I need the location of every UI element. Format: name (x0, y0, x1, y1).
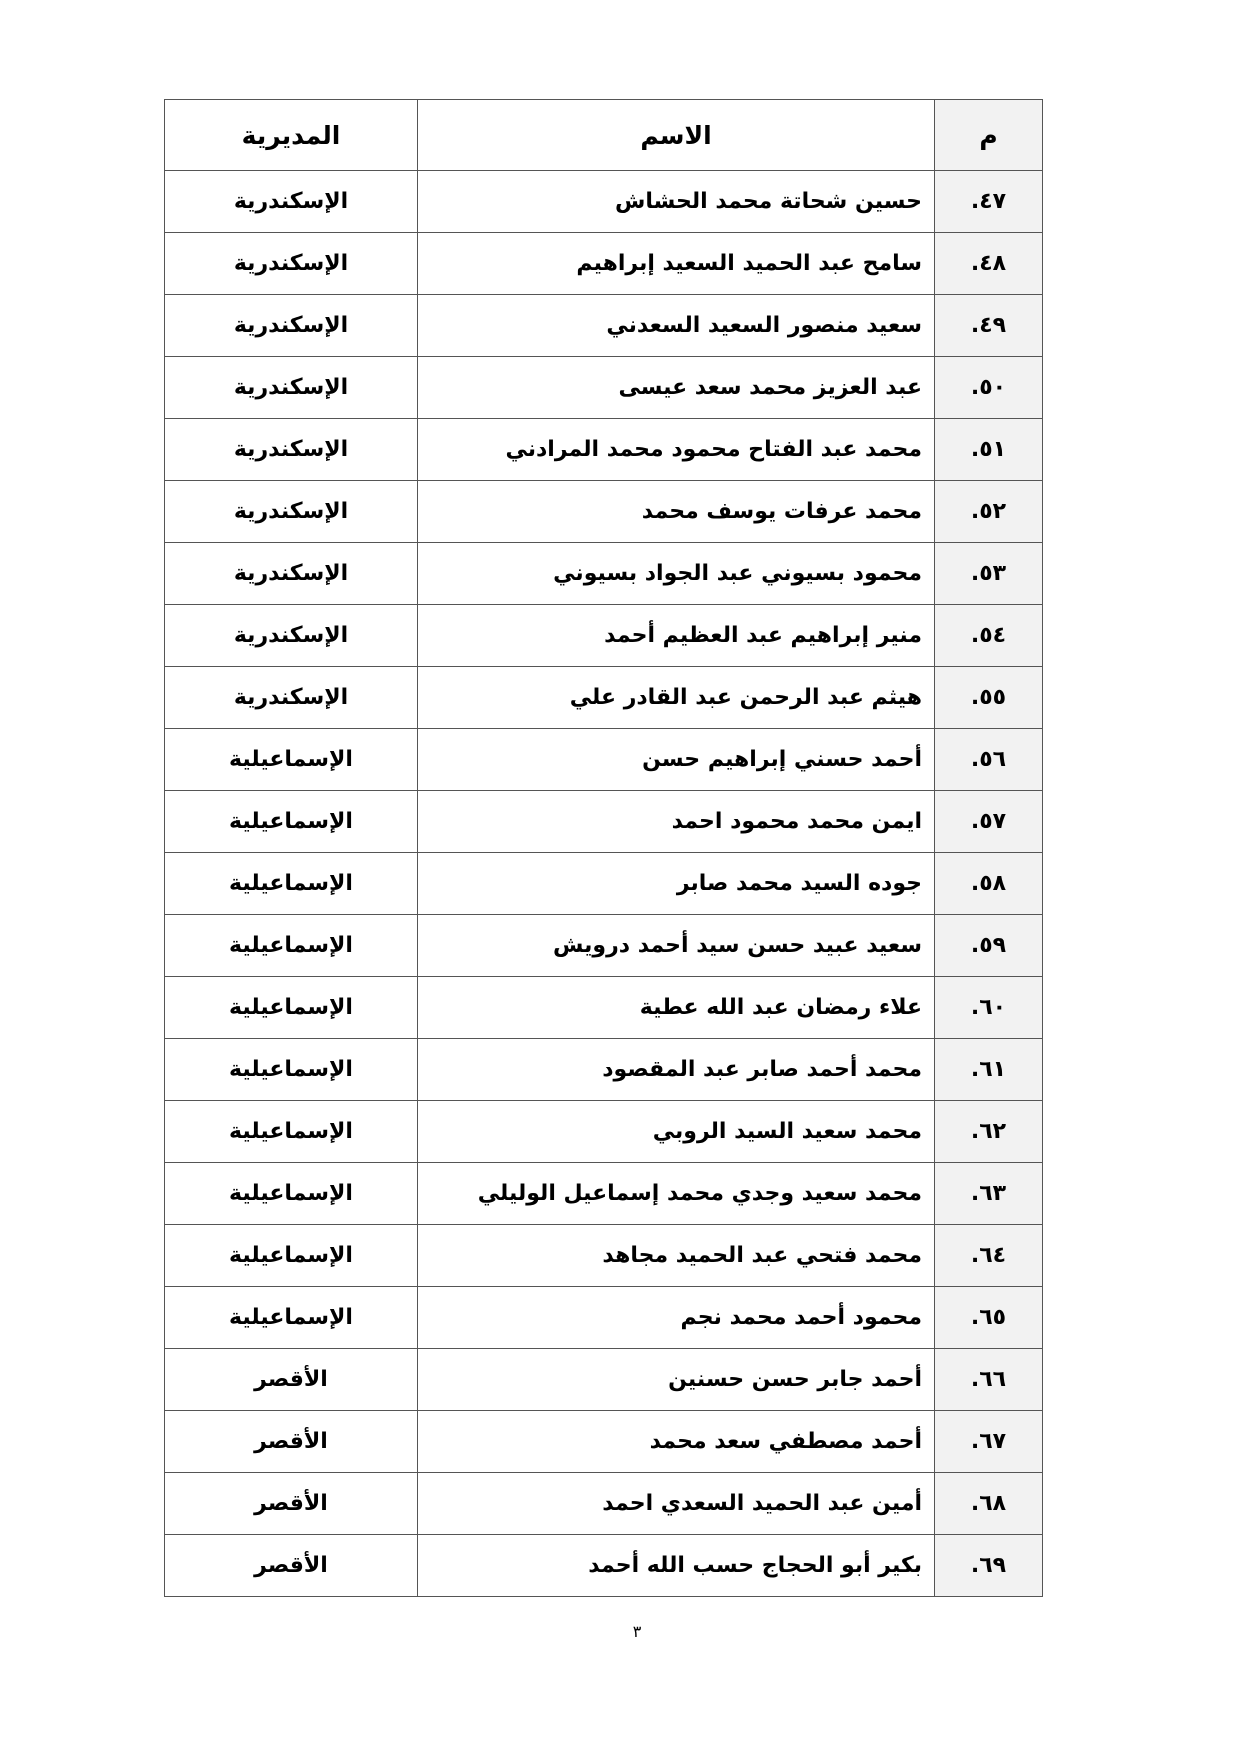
row-number: ٤٩. (935, 295, 1043, 357)
row-name: محمد أحمد صابر عبد المقصود (418, 1039, 935, 1101)
table-row: ٦٩.بكير أبو الحجاج حسب الله أحمدالأقصر (165, 1535, 1043, 1597)
row-number: ٦٢. (935, 1101, 1043, 1163)
row-name: منير إبراهيم عبد العظيم أحمد (418, 605, 935, 667)
row-name: بكير أبو الحجاج حسب الله أحمد (418, 1535, 935, 1597)
table-row: ٦٠.علاء رمضان عبد الله عطيةالإسماعيلية (165, 977, 1043, 1039)
row-name: هيثم عبد الرحمن عبد القادر علي (418, 667, 935, 729)
table-row: ٦١.محمد أحمد صابر عبد المقصودالإسماعيلية (165, 1039, 1043, 1101)
row-name: محمود بسيوني عبد الجواد بسيوني (418, 543, 935, 605)
table-row: ٥٠.عبد العزيز محمد سعد عيسىالإسكندرية (165, 357, 1043, 419)
row-name: أحمد حسني إبراهيم حسن (418, 729, 935, 791)
table-row: ٦٨.أمين عبد الحميد السعدي احمدالأقصر (165, 1473, 1043, 1535)
row-number: ٥٩. (935, 915, 1043, 977)
row-directorate: الإسماعيلية (165, 1163, 418, 1225)
header-number: م (935, 100, 1043, 171)
row-directorate: الإسكندرية (165, 605, 418, 667)
row-number: ٤٨. (935, 233, 1043, 295)
row-directorate: الأقصر (165, 1349, 418, 1411)
row-directorate: الإسكندرية (165, 233, 418, 295)
row-directorate: الإسماعيلية (165, 977, 418, 1039)
row-directorate: الأقصر (165, 1411, 418, 1473)
row-name: محمد فتحي عبد الحميد مجاهد (418, 1225, 935, 1287)
row-name: أمين عبد الحميد السعدي احمد (418, 1473, 935, 1535)
row-number: ٥٥. (935, 667, 1043, 729)
table-row: ٦٣.محمد سعيد وجدي محمد إسماعيل الوليليال… (165, 1163, 1043, 1225)
row-directorate: الإسكندرية (165, 357, 418, 419)
table-row: ٥٥.هيثم عبد الرحمن عبد القادر عليالإسكند… (165, 667, 1043, 729)
row-number: ٦٧. (935, 1411, 1043, 1473)
table-header-row: م الاسم المديرية (165, 100, 1043, 171)
table-body: ٤٧.حسين شحاتة محمد الحشاشالإسكندرية٤٨.سا… (165, 171, 1043, 1597)
row-directorate: الإسكندرية (165, 171, 418, 233)
row-number: ٤٧. (935, 171, 1043, 233)
row-number: ٥٢. (935, 481, 1043, 543)
row-directorate: الإسماعيلية (165, 853, 418, 915)
table-row: ٥٨.جوده السيد محمد صابرالإسماعيلية (165, 853, 1043, 915)
row-directorate: الإسماعيلية (165, 791, 418, 853)
row-name: أحمد مصطفي سعد محمد (418, 1411, 935, 1473)
row-directorate: الإسماعيلية (165, 1039, 418, 1101)
table-row: ٦٦.أحمد جابر حسن حسنينالأقصر (165, 1349, 1043, 1411)
row-number: ٦٨. (935, 1473, 1043, 1535)
names-table: م الاسم المديرية ٤٧.حسين شحاتة محمد الحش… (164, 99, 1043, 1597)
row-name: علاء رمضان عبد الله عطية (418, 977, 935, 1039)
table-row: ٥٤.منير إبراهيم عبد العظيم أحمدالإسكندري… (165, 605, 1043, 667)
row-number: ٥٣. (935, 543, 1043, 605)
row-name: محمود أحمد محمد نجم (418, 1287, 935, 1349)
row-number: ٦٠. (935, 977, 1043, 1039)
row-name: سعيد منصور السعيد السعدني (418, 295, 935, 357)
table-row: ٥٢.محمد عرفات يوسف محمدالإسكندرية (165, 481, 1043, 543)
row-name: محمد عرفات يوسف محمد (418, 481, 935, 543)
header-directorate: المديرية (165, 100, 418, 171)
row-name: سامح عبد الحميد السعيد إبراهيم (418, 233, 935, 295)
row-name: محمد سعيد وجدي محمد إسماعيل الوليلي (418, 1163, 935, 1225)
table-row: ٥٩.سعيد عبيد حسن سيد أحمد درويشالإسماعيل… (165, 915, 1043, 977)
row-number: ٦٣. (935, 1163, 1043, 1225)
row-number: ٥٨. (935, 853, 1043, 915)
row-directorate: الإسكندرية (165, 667, 418, 729)
row-name: أحمد جابر حسن حسنين (418, 1349, 935, 1411)
header-name: الاسم (418, 100, 935, 171)
row-name: سعيد عبيد حسن سيد أحمد درويش (418, 915, 935, 977)
table-row: ٦٥.محمود أحمد محمد نجمالإسماعيلية (165, 1287, 1043, 1349)
table-row: ٤٩.سعيد منصور السعيد السعدنيالإسكندرية (165, 295, 1043, 357)
row-directorate: الإسماعيلية (165, 1101, 418, 1163)
row-directorate: الإسكندرية (165, 481, 418, 543)
row-directorate: الإسماعيلية (165, 729, 418, 791)
row-name: محمد عبد الفتاح محمود محمد المرادني (418, 419, 935, 481)
row-directorate: الإسكندرية (165, 419, 418, 481)
row-number: ٦٥. (935, 1287, 1043, 1349)
table-row: ٥٧.ايمن محمد محمود احمدالإسماعيلية (165, 791, 1043, 853)
table-row: ٥١.محمد عبد الفتاح محمود محمد المرادنيال… (165, 419, 1043, 481)
table-row: ٦٢.محمد سعيد السيد الروبيالإسماعيلية (165, 1101, 1043, 1163)
table-row: ٥٣.محمود بسيوني عبد الجواد بسيونيالإسكند… (165, 543, 1043, 605)
row-number: ٥٤. (935, 605, 1043, 667)
row-name: عبد العزيز محمد سعد عيسى (418, 357, 935, 419)
row-number: ٦٩. (935, 1535, 1043, 1597)
document-page: م الاسم المديرية ٤٧.حسين شحاتة محمد الحش… (0, 0, 1241, 1755)
row-name: محمد سعيد السيد الروبي (418, 1101, 935, 1163)
table-row: ٦٤.محمد فتحي عبد الحميد مجاهدالإسماعيلية (165, 1225, 1043, 1287)
row-name: حسين شحاتة محمد الحشاش (418, 171, 935, 233)
row-directorate: الإسماعيلية (165, 1225, 418, 1287)
row-directorate: الإسماعيلية (165, 1287, 418, 1349)
row-directorate: الأقصر (165, 1535, 418, 1597)
row-number: ٦١. (935, 1039, 1043, 1101)
row-name: جوده السيد محمد صابر (418, 853, 935, 915)
row-number: ٥١. (935, 419, 1043, 481)
table-row: ٤٨.سامح عبد الحميد السعيد إبراهيمالإسكند… (165, 233, 1043, 295)
row-number: ٦٤. (935, 1225, 1043, 1287)
table-row: ٦٧.أحمد مصطفي سعد محمدالأقصر (165, 1411, 1043, 1473)
row-number: ٥٦. (935, 729, 1043, 791)
row-directorate: الإسكندرية (165, 543, 418, 605)
table-row: ٤٧.حسين شحاتة محمد الحشاشالإسكندرية (165, 171, 1043, 233)
row-directorate: الإسكندرية (165, 295, 418, 357)
row-number: ٥٠. (935, 357, 1043, 419)
table-row: ٥٦.أحمد حسني إبراهيم حسنالإسماعيلية (165, 729, 1043, 791)
row-directorate: الإسماعيلية (165, 915, 418, 977)
row-number: ٦٦. (935, 1349, 1043, 1411)
row-name: ايمن محمد محمود احمد (418, 791, 935, 853)
page-number: ٣ (620, 1622, 654, 1641)
row-directorate: الأقصر (165, 1473, 418, 1535)
row-number: ٥٧. (935, 791, 1043, 853)
